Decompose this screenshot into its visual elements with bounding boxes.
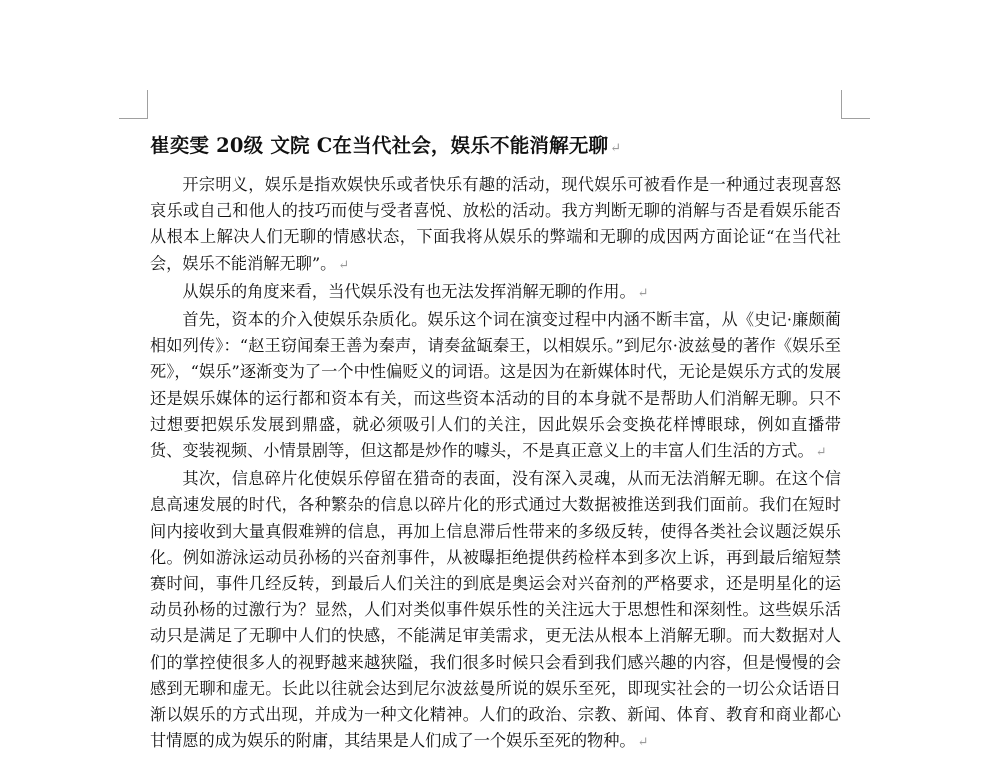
paragraph: 首先，资本的介入使娱乐杂质化。娱乐这个词在演变过程中内涵不断丰富，从《史记·廉颇… xyxy=(150,307,841,466)
paragraph-mark-icon: ↵ xyxy=(610,141,621,156)
paragraph-text: 开宗明义，娱乐是指欢娱快乐或者快乐有趣的活动，现代娱乐可被看作是一种通过表现喜怒… xyxy=(150,175,841,273)
margin-corner-top-left xyxy=(119,90,148,119)
document-title: 崔奕雯 20级 文院 C在当代社会，娱乐不能消解无聊↵ xyxy=(150,131,841,164)
document-page: 崔奕雯 20级 文院 C在当代社会，娱乐不能消解无聊↵ 开宗明义，娱乐是指欢娱快… xyxy=(0,0,989,781)
paragraph-mark-icon: ↵ xyxy=(638,286,649,301)
paragraph-text: 其次，信息碎片化使娱乐停留在猎奇的表面，没有深入灵魂，从而无法消解无聊。在这个信… xyxy=(150,469,841,750)
margin-corner-top-right xyxy=(841,90,870,119)
document-body[interactable]: 崔奕雯 20级 文院 C在当代社会，娱乐不能消解无聊↵ 开宗明义，娱乐是指欢娱快… xyxy=(150,131,841,756)
paragraph-mark-icon: ↵ xyxy=(816,445,827,460)
paragraph-text: 从娱乐的角度来看，当代娱乐没有也无法发挥消解无聊的作用。 xyxy=(182,282,635,301)
paragraph: 从娱乐的角度来看，当代娱乐没有也无法发挥消解无聊的作用。↵ xyxy=(150,279,841,307)
paragraph: 其次，信息碎片化使娱乐停留在猎奇的表面，没有深入灵魂，从而无法消解无聊。在这个信… xyxy=(150,466,841,756)
title-text: 崔奕雯 20级 文院 C在当代社会，娱乐不能消解无聊 xyxy=(150,134,608,157)
paragraph: 开宗明义，娱乐是指欢娱快乐或者快乐有趣的活动，现代娱乐可被看作是一种通过表现喜怒… xyxy=(150,172,841,279)
paragraph-text: 首先，资本的介入使娱乐杂质化。娱乐这个词在演变过程中内涵不断丰富，从《史记·廉颇… xyxy=(150,310,841,460)
paragraph-mark-icon: ↵ xyxy=(338,258,349,273)
paragraph-mark-icon: ↵ xyxy=(638,735,649,750)
